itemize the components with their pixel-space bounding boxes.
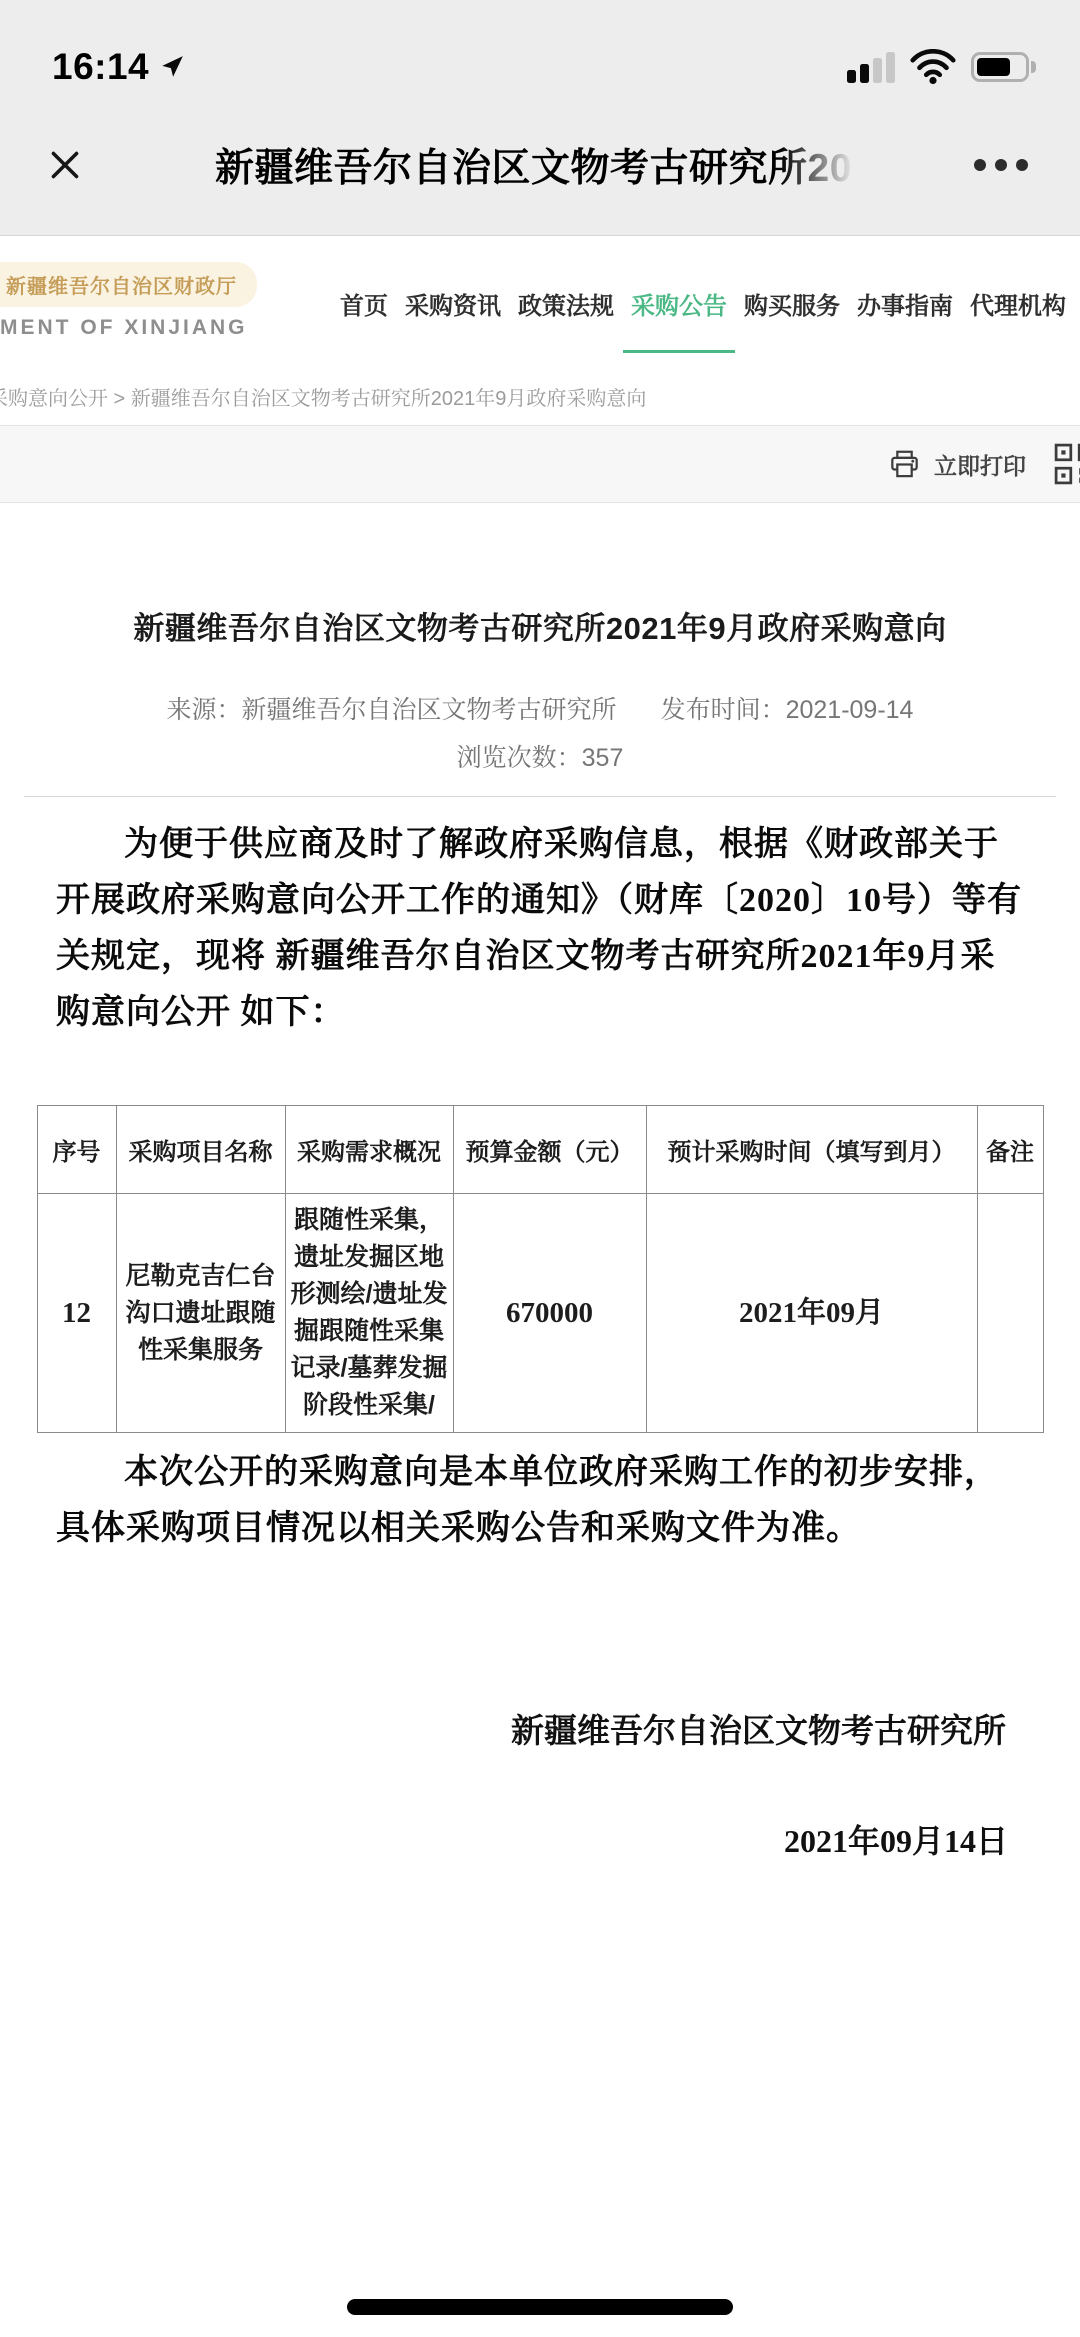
cell-demand-summary: 跟随性采集，遗址发掘区地形测绘/遗址发掘跟随性采集记录/墓葬发掘阶段性采集/ [285,1194,453,1433]
article-title: 新疆维吾尔自治区文物考古研究所2021年9月政府采购意向 [0,603,1080,648]
status-bar: 16:14 [0,0,1080,95]
col-header-planned-time: 预计采购时间（填写到月） [646,1106,977,1194]
webpage: 新疆维吾尔自治区财政厅 MENT OF XINJIANG 首页 采购资讯 政策法… [0,236,1080,1862]
procurement-table: 序号 采购项目名称 采购需求概况 预算金额（元） 预计采购时间（填写到月） 备注… [37,1105,1044,1433]
main-nav: 首页 采购资讯 政策法规 采购公告 购买服务 办事指南 代理机构 [340,286,1066,321]
col-header-project-name: 采购项目名称 [116,1106,285,1194]
cellular-signal-icon [847,51,895,83]
article-meta: 来源：新疆维吾尔自治区文物考古研究所 发布时间：2021-09-14 浏览次数：… [100,690,980,774]
home-indicator[interactable] [347,2299,733,2315]
print-toolbar: 立即打印 [0,425,1080,503]
qr-code-icon [1054,443,1080,485]
nav-item-home[interactable]: 首页 [340,286,388,321]
printer-icon [889,449,920,480]
breadcrumb[interactable]: 采购意向公开 > 新疆维吾尔自治区文物考古研究所2021年9月政府采购意向 [0,366,1080,425]
status-right [847,49,1036,85]
status-left: 16:14 [52,48,185,85]
intro-paragraph: 为便于供应商及时了解政府采购信息，根据《财政部关于开展政府采购意向公开工作的通知… [56,817,1024,1041]
nav-item-purchase-services[interactable]: 购买服务 [744,286,840,321]
more-icon [974,159,986,171]
logo-text-en: MENT OF XINJIANG [0,316,257,340]
nav-item-announcements[interactable]: 采购公告 [631,286,727,321]
site-header: 新疆维吾尔自治区财政厅 MENT OF XINJIANG 首页 采购资讯 政策法… [0,236,1080,366]
closing-paragraph: 本次公开的采购意向是本单位政府采购工作的初步安排，具体采购项目情况以相关采购公告… [56,1445,1024,1557]
col-header-budget: 预算金额（元） [453,1106,646,1194]
print-label: 立即打印 [934,448,1026,481]
print-button[interactable]: 立即打印 [883,447,1032,482]
cell-note [977,1194,1043,1433]
article: 新疆维吾尔自治区文物考古研究所2021年9月政府采购意向 来源：新疆维吾尔自治区… [0,503,1080,1862]
table-header-row: 序号 采购项目名称 采购需求概况 预算金额（元） 预计采购时间（填写到月） 备注 [37,1106,1043,1194]
meta-source: 来源：新疆维吾尔自治区文物考古研究所 [167,690,617,726]
close-icon [44,144,86,186]
nav-item-agencies[interactable]: 代理机构 [970,286,1066,321]
title-fade [780,137,865,193]
signature: 新疆维吾尔自治区文物考古研究所 [0,1705,1080,1752]
nav-item-policy[interactable]: 政策法规 [518,286,614,321]
col-header-demand-summary: 采购需求概况 [285,1106,453,1194]
wechat-page-title: 新疆维吾尔自治区文物考古研究所2021年9月政府采购意向 [215,137,865,193]
battery-fill [977,58,1010,76]
status-time: 16:14 [52,48,149,85]
nav-item-news[interactable]: 采购资讯 [405,286,501,321]
wechat-more-button[interactable] [966,151,1036,179]
wechat-title-wrap: 新疆维吾尔自治区文物考古研究所2021年9月政府采购意向 [215,137,865,193]
close-button[interactable] [40,140,90,190]
battery-icon [971,52,1036,82]
qr-code-button[interactable] [1054,443,1080,485]
meta-publish-date: 发布时间：2021-09-14 [661,690,914,726]
wechat-titlebar: 新疆维吾尔自治区文物考古研究所2021年9月政府采购意向 [0,95,1080,236]
logo-text-cn: 新疆维吾尔自治区财政厅 [0,262,257,307]
cell-planned-time: 2021年09月 [646,1194,977,1433]
table-row: 12 尼勒克吉仁台沟口遗址跟随性采集服务 跟随性采集，遗址发掘区地形测绘/遗址发… [37,1194,1043,1433]
site-logo: 新疆维吾尔自治区财政厅 MENT OF XINJIANG [0,262,257,340]
signature-date: 2021年09月14日 [0,1816,1080,1862]
wifi-icon [910,49,956,85]
cell-budget: 670000 [453,1194,646,1433]
cell-project-name: 尼勒克吉仁台沟口遗址跟随性采集服务 [116,1194,285,1433]
meta-view-count: 浏览次数：357 [457,738,624,774]
col-header-seq: 序号 [37,1106,116,1194]
nav-item-guide[interactable]: 办事指南 [857,286,953,321]
location-arrow-icon [159,54,185,80]
cell-seq: 12 [37,1194,116,1433]
breadcrumb-text: 采购意向公开 > 新疆维吾尔自治区文物考古研究所2021年9月政府采购意向 [0,382,1080,411]
col-header-note: 备注 [977,1106,1043,1194]
meta-divider [24,796,1056,797]
